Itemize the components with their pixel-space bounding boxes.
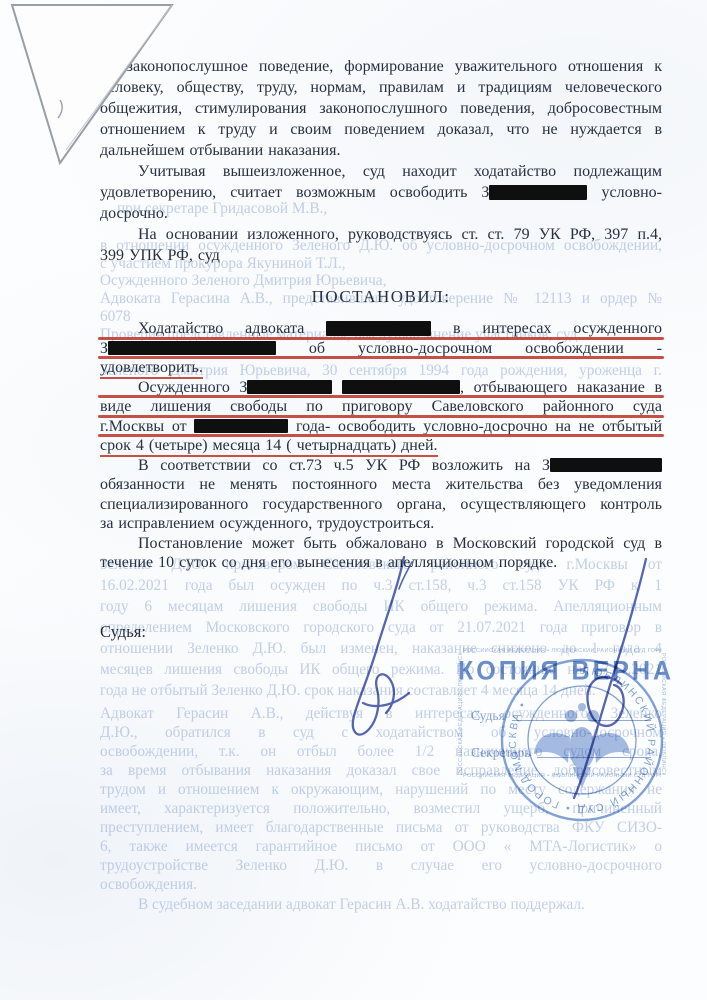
resolution-heading: ПОСТАНОВИЛ: [100,287,662,307]
bleedthrough-line: 16.02.2021 года был осужден по ч.3 ст.15… [100,577,662,595]
bleedthrough-line: В судебном заседании адвокат Герасин А.В… [138,896,658,914]
bleedthrough-line: освобождения. [100,876,662,894]
double-headed-eagle-icon [534,703,630,788]
underlined-text-line: виде лишения свободы по приговору Савело… [100,397,662,417]
judge-signature-label: Судья: [100,622,146,642]
text-line: На основании изложенного, руководствуясь… [100,224,662,245]
redaction-box [550,458,662,473]
text-line: 399 УПК РФ, суд [100,245,662,266]
redaction-box [489,185,587,200]
paragraph: В соответствии со ст.73 ч.5 УК РФ возлож… [100,456,662,534]
court-order-page: на законопослушное поведение, формирован… [0,0,707,1000]
text-line: за исправлением осужденного, трудоустрои… [100,514,662,534]
underlined-text-line: З об условно-досрочном освобождении - [100,339,662,359]
text-line: обязанности не менять постоянного места … [100,475,662,495]
text-line: человеку, обществу, труду, нормам, прави… [100,77,662,98]
paragraph: Осужденного З , отбывающего наказание вв… [100,378,662,456]
underlined-text: срок 4 (четыре) месяца 14 ( четырнадцать… [100,437,438,457]
paragraph: На основании изложенного, руководствуясь… [100,224,662,266]
text-line: досрочно. [100,203,662,224]
bleedthrough-line: определением Московского городского суда… [100,619,662,637]
bleedthrough-line: 6, также имеется гарантийное письмо от О… [100,838,662,856]
text-line: Постановление может быть обжаловано в Мо… [100,534,662,554]
bleedthrough-line: трудоустройстве Зеленко Д.Ю. в случае ег… [100,857,662,875]
text-line: отношением к труду и своим поведением до… [100,119,662,140]
bleedthrough-line: году 6 месяцам лишения свободы ИК общего… [100,598,662,616]
underlined-text-line: срок 4 (четыре) месяца 14 ( четырнадцать… [100,436,662,456]
text-line: течение 10 суток со дня его вынесения в … [100,553,662,573]
text-line: Учитывая вышеизложенное, суд находит ход… [100,161,662,182]
paragraph: на законопослушное поведение, формирован… [100,56,662,161]
paragraph: Ходатайство адвоката в интересах осужден… [100,319,662,378]
redaction-box [326,321,431,336]
round-court-seal: ЛЮБЛИНСКИЙ РАЙОННЫЙ СУД • ГОРОД МОСКВА • [497,655,667,825]
text-line: общежития, стимулирования законопослушно… [100,98,662,119]
redaction-box [247,380,332,395]
redaction-box [342,380,460,395]
pre-heading-paragraphs: на законопослушное поведение, формирован… [100,56,662,266]
underlined-text-line: Осужденного З , отбывающего наказание в [100,378,662,398]
paragraph: Постановление может быть обжаловано в Мо… [100,534,662,573]
text-line: удовлетворению, считает возможным освобо… [100,182,662,203]
redaction-box [194,419,288,434]
text-line: специализированного государственного орг… [100,495,662,515]
document-text: на законопослушное поведение, формирован… [100,56,662,573]
post-heading-paragraphs: Ходатайство адвоката в интересах осужден… [100,319,662,573]
paragraph: Учитывая вышеизложенное, суд находит ход… [100,161,662,224]
text-line: на законопослушное поведение, формирован… [100,56,662,77]
stamp-microtext-top: РОССИЙСКАЯ ФЕДЕРАЦИЯ • ЛЮБЛИНСКИЙ РАЙОНН… [463,648,661,655]
underlined-text-line: Ходатайство адвоката в интересах осужден… [100,319,662,339]
text-line: дальнейшем отбывании наказания. [100,140,662,161]
underlined-text: удовлетворить. [100,359,203,379]
underlined-text-line: удовлетворить. [100,358,662,378]
underlined-text-line: г.Москвы от года- освободить условно-дос… [100,417,662,437]
redaction-box [108,341,276,356]
text-line: В соответствии со ст.73 ч.5 УК РФ возлож… [100,456,662,476]
